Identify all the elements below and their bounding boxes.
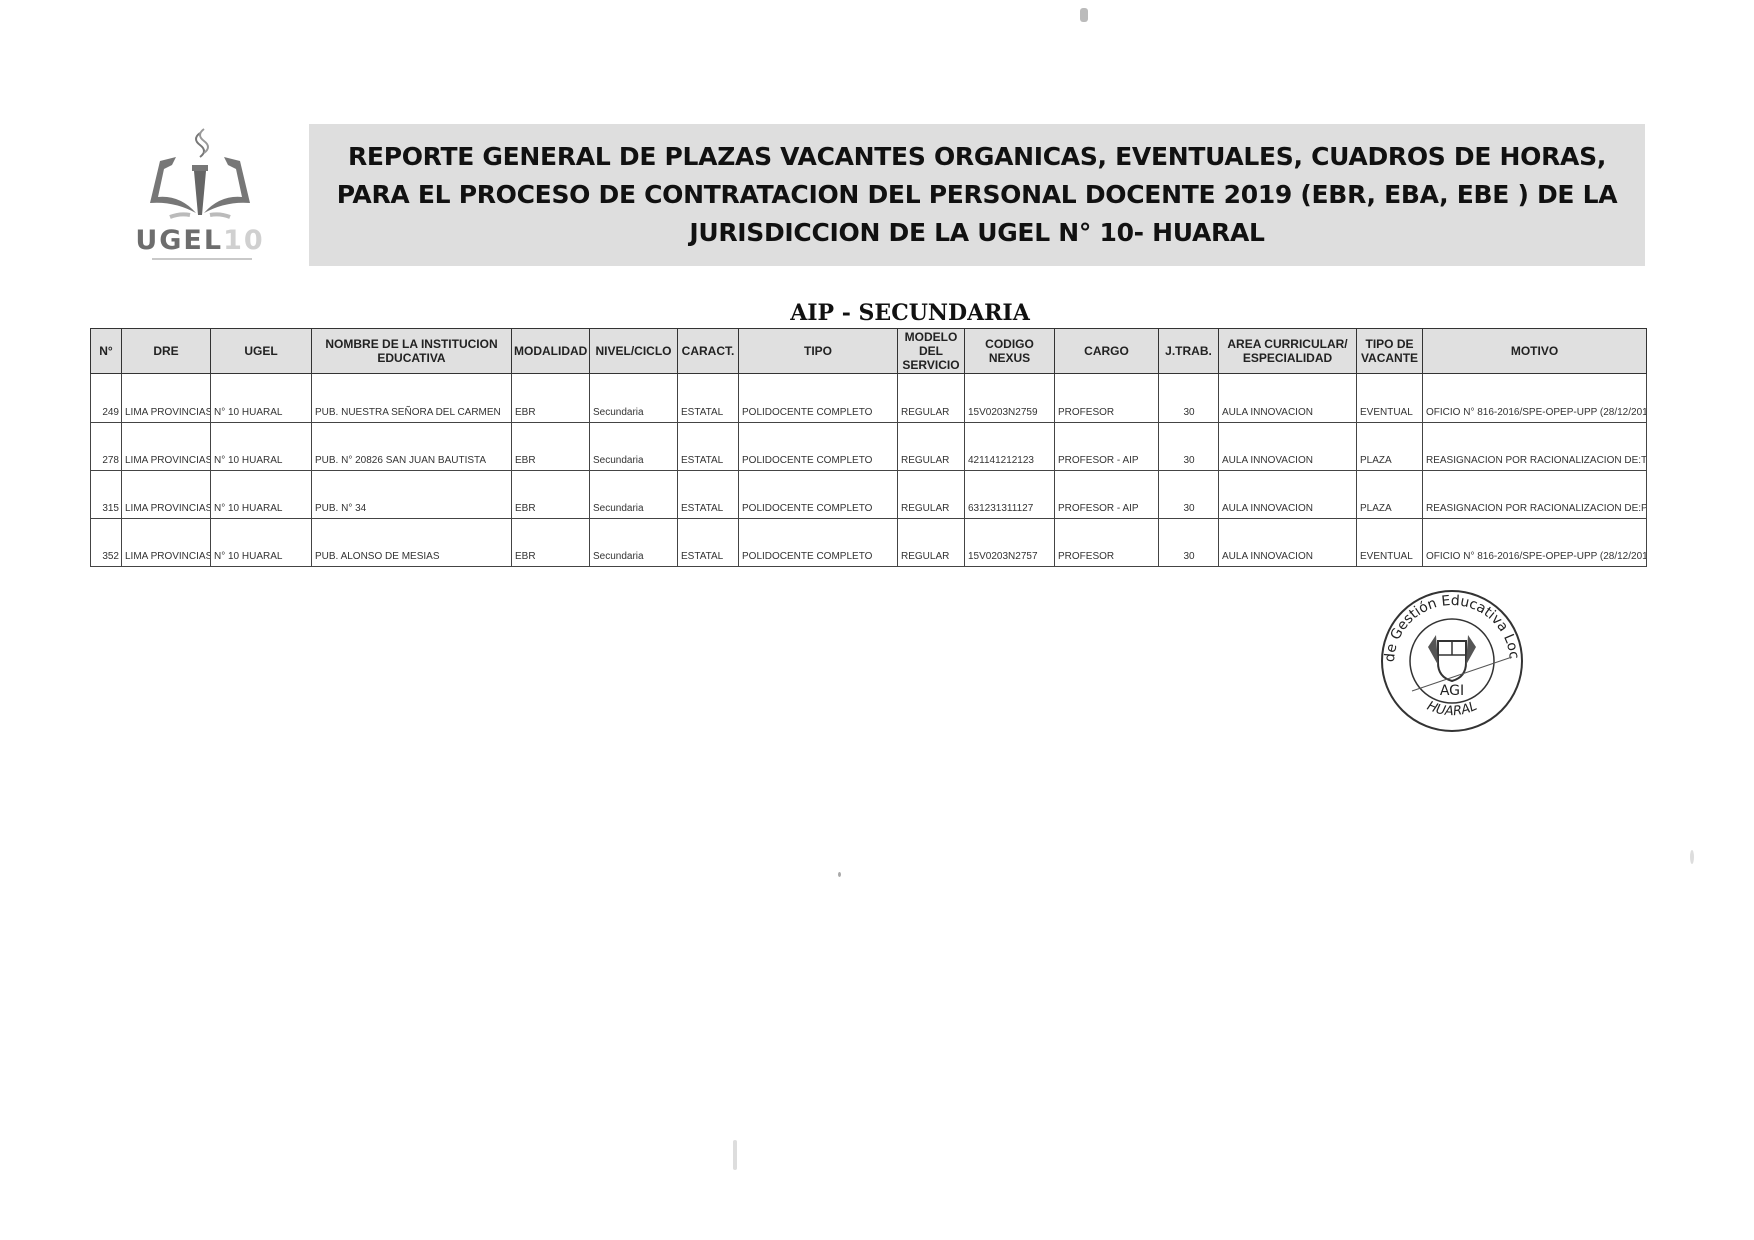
col-header-institucion: NOMBRE DE LA INSTITUCION EDUCATIVA [312,329,512,374]
cell-dre: LIMA PROVINCIAS [122,471,211,519]
cell-numero: 315 [91,471,122,519]
cell-nivel: Secundaria [590,374,678,423]
cell-institucion: PUB. NUESTRA SEÑORA DEL CARMEN [312,374,512,423]
cell-modalidad: EBR [512,423,590,471]
col-header-dre: DRE [122,329,211,374]
cell-dre: LIMA PROVINCIAS [122,374,211,423]
cell-numero: 249 [91,374,122,423]
scan-artifact [1690,850,1694,864]
scan-artifact [733,1140,737,1170]
cell-tipo-vacante: EVENTUAL [1357,519,1423,567]
scan-artifact [838,872,841,877]
cell-caract: ESTATAL [678,471,739,519]
cell-jtrab: 30 [1159,519,1219,567]
cell-numero: 352 [91,519,122,567]
cell-nivel: Secundaria [590,519,678,567]
cell-nivel: Secundaria [590,423,678,471]
cell-institucion: PUB. N° 20826 SAN JUAN BAUTISTA [312,423,512,471]
cell-jtrab: 30 [1159,374,1219,423]
ugel-logo: UGEL10 [130,125,270,265]
cell-caract: ESTATAL [678,423,739,471]
cell-codigo: 15V0203N2759 [965,374,1055,423]
cell-area: AULA INNOVACION [1219,423,1357,471]
cell-caract: ESTATAL [678,519,739,567]
cell-area: AULA INNOVACION [1219,374,1357,423]
cell-tipo-vacante: PLAZA [1357,423,1423,471]
table-row: 278 LIMA PROVINCIAS N° 10 HUARAL PUB. N°… [91,423,1647,471]
svg-text:HUARAL: HUARAL [1425,699,1480,719]
cell-cargo: PROFESOR - AIP [1055,423,1159,471]
col-header-nivel: NIVEL/CICLO [590,329,678,374]
col-header-modalidad: MODALIDAD [512,329,590,374]
cell-dre: LIMA PROVINCIAS [122,519,211,567]
cell-caract: ESTATAL [678,374,739,423]
cell-modalidad: EBR [512,519,590,567]
official-seal-stamp: Unidad de Gestión Educativa Local N° 10 … [1372,583,1532,733]
col-header-area: AREA CURRICULAR/ ESPECIALIDAD [1219,329,1357,374]
cell-area: AULA INNOVACION [1219,471,1357,519]
cell-tipo: POLIDOCENTE COMPLETO [739,374,898,423]
cell-numero: 278 [91,423,122,471]
col-header-cargo: CARGO [1055,329,1159,374]
cell-codigo: 15V0203N2757 [965,519,1055,567]
cell-cargo: PROFESOR [1055,374,1159,423]
logo-tagline [152,258,252,260]
cell-tipo: POLIDOCENTE COMPLETO [739,519,898,567]
cell-codigo: 421141212123 [965,423,1055,471]
scan-artifact [1080,8,1088,22]
cell-modalidad: EBR [512,374,590,423]
cell-modelo: REGULAR [898,374,965,423]
cell-dre: LIMA PROVINCIAS [122,423,211,471]
cell-ugel: N° 10 HUARAL [211,423,312,471]
cell-jtrab: 30 [1159,423,1219,471]
cell-tipo: POLIDOCENTE COMPLETO [739,423,898,471]
table-row: 249 LIMA PROVINCIAS N° 10 HUARAL PUB. NU… [91,374,1647,423]
col-header-numero: N° [91,329,122,374]
cell-institucion: PUB. N° 34 [312,471,512,519]
cell-modelo: REGULAR [898,471,965,519]
col-header-codigo: CODIGO NEXUS [965,329,1055,374]
col-header-jtrab: J.TRAB. [1159,329,1219,374]
cell-jtrab: 30 [1159,471,1219,519]
cell-nivel: Secundaria [590,471,678,519]
svg-text:AGI: AGI [1440,683,1464,699]
cell-tipo-vacante: PLAZA [1357,471,1423,519]
col-header-motivo: MOTIVO [1423,329,1647,374]
open-book-torch-icon [130,125,270,225]
cell-motivo: REASIGNACION POR RACIONALIZACION DE:TINE… [1423,423,1647,471]
cell-motivo: OFICIO N° 816-2016/SPE-OPEP-UPP (28/12/2… [1423,374,1647,423]
cell-cargo: PROFESOR - AIP [1055,471,1159,519]
col-header-tipo: TIPO [739,329,898,374]
coat-of-arms-seal-icon: Unidad de Gestión Educativa Local N° 10 … [1372,583,1532,733]
section-subtitle: AIP - SECUNDARIA [700,300,1120,326]
report-title-box: REPORTE GENERAL DE PLAZAS VACANTES ORGAN… [309,124,1645,266]
cell-motivo: OFICIO N° 816-2016/SPE-OPEP-UPP (28/12/2… [1423,519,1647,567]
vacancies-table: N° DRE UGEL NOMBRE DE LA INSTITUCION EDU… [90,328,1647,567]
cell-ugel: N° 10 HUARAL [211,519,312,567]
cell-cargo: PROFESOR [1055,519,1159,567]
cell-ugel: N° 10 HUARAL [211,374,312,423]
table-header-row: N° DRE UGEL NOMBRE DE LA INSTITUCION EDU… [91,329,1647,374]
cell-codigo: 631231311127 [965,471,1055,519]
col-header-ugel: UGEL [211,329,312,374]
cell-motivo: REASIGNACION POR RACIONALIZACION DE:PAUC… [1423,471,1647,519]
cell-modelo: REGULAR [898,423,965,471]
report-title: REPORTE GENERAL DE PLAZAS VACANTES ORGAN… [317,138,1637,252]
cell-institucion: PUB. ALONSO DE MESIAS [312,519,512,567]
col-header-tipo-vacante: TIPO DE VACANTE [1357,329,1423,374]
cell-tipo-vacante: EVENTUAL [1357,374,1423,423]
cell-tipo: POLIDOCENTE COMPLETO [739,471,898,519]
cell-area: AULA INNOVACION [1219,519,1357,567]
table-row: 315 LIMA PROVINCIAS N° 10 HUARAL PUB. N°… [91,471,1647,519]
cell-modalidad: EBR [512,471,590,519]
table-row: 352 LIMA PROVINCIAS N° 10 HUARAL PUB. AL… [91,519,1647,567]
col-header-modelo: MODELO DEL SERVICIO [898,329,965,374]
logo-text: UGEL10 [130,225,270,256]
cell-modelo: REGULAR [898,519,965,567]
cell-ugel: N° 10 HUARAL [211,471,312,519]
col-header-caract: CARACT. [678,329,739,374]
